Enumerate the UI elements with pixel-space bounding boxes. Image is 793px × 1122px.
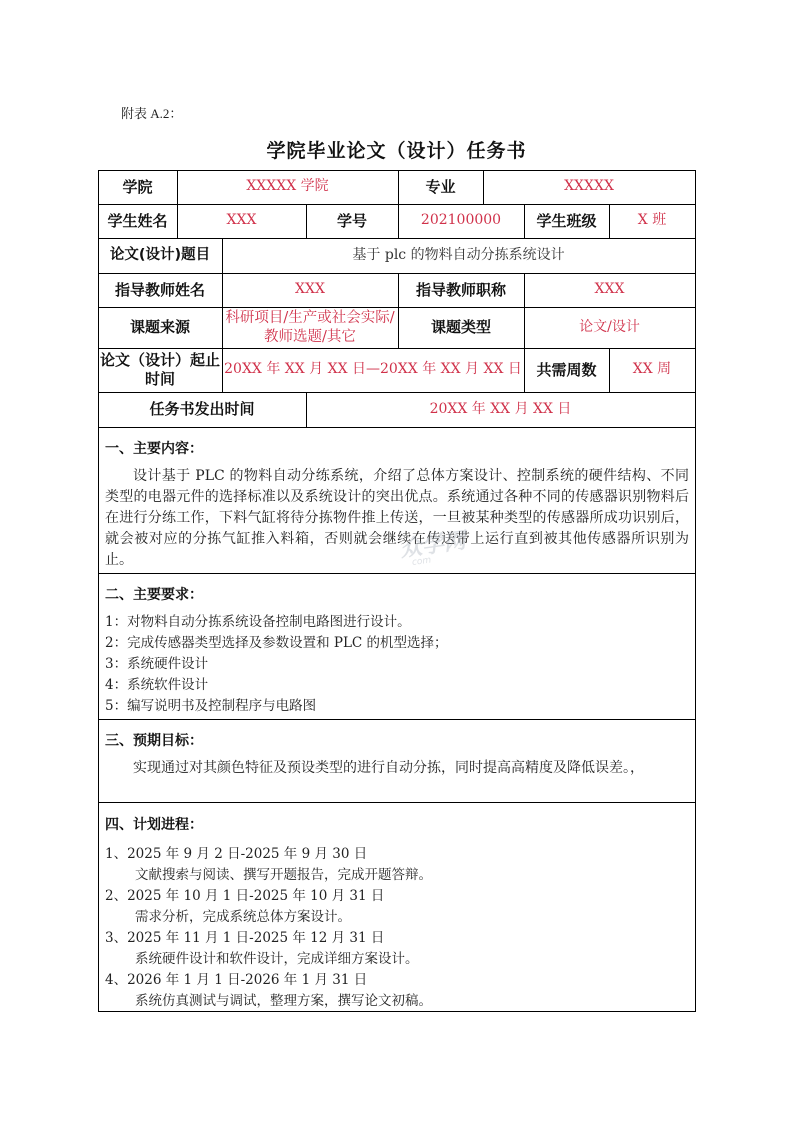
section-goals: 三、预期目标： 实现通过对其颜色特征及预设类型的进行自动分拣，同时提高高精度及降…	[99, 724, 695, 779]
list-item[interactable]: 1：对物料自动分拣系统设备控制电路图进行设计。	[105, 612, 689, 633]
schedule-period: 2、2025 年 10 月 1 日-2025 年 10 月 31 日	[105, 886, 689, 907]
source-label: 课题来源	[98, 307, 222, 348]
list-item[interactable]: 4：系统软件设计	[105, 675, 689, 696]
student-name-value[interactable]: XXX	[177, 204, 306, 238]
student-id-label: 学号	[306, 204, 398, 238]
list-item[interactable]: 2：完成传感器类型选择及参数设置和 PLC 的机型选择；	[105, 633, 689, 654]
list-item[interactable]: 5：编写说明书及控制程序与电路图	[105, 696, 689, 717]
advisor-name-label: 指导教师姓名	[98, 273, 222, 307]
topic-value[interactable]: 基于 plc 的物料自动分拣系统设计	[222, 238, 695, 273]
major-label: 专业	[398, 170, 483, 204]
class-label: 学生班级	[524, 204, 609, 238]
schedule-period: 1、2025 年 9 月 2 日-2025 年 9 月 30 日	[105, 844, 689, 865]
page-title: 学院毕业论文（设计）任务书	[0, 136, 793, 163]
section-heading: 四、计划进程：	[105, 808, 689, 840]
section-text[interactable]: 设计基于 PLC 的物料自动分练系统，介绍了总体方案设计、控制系统的硬件结构、不…	[105, 466, 689, 571]
college-value[interactable]: XXXXX 学院	[177, 170, 398, 204]
major-value[interactable]: XXXXX	[483, 170, 695, 204]
weeks-label: 共需周数	[524, 348, 609, 392]
advisor-name-value[interactable]: XXX	[222, 273, 398, 307]
weeks-value[interactable]: XX 周	[609, 348, 695, 392]
section-requirements: 二、主要要求： 1：对物料自动分拣系统设备控制电路图进行设计。 2：完成传感器类…	[99, 578, 695, 717]
student-name-label: 学生姓名	[98, 204, 177, 238]
period-value[interactable]: 20XX 年 XX 月 XX 日—20XX 年 XX 月 XX 日	[222, 348, 524, 392]
section-heading: 二、主要要求：	[105, 578, 689, 610]
class-value[interactable]: X 班	[609, 204, 695, 238]
type-label: 课题类型	[398, 307, 524, 348]
issue-value[interactable]: 20XX 年 XX 月 XX 日	[306, 392, 695, 427]
schedule-task[interactable]: 需求分析，完成系统总体方案设计。	[105, 907, 689, 928]
college-label: 学院	[98, 170, 177, 204]
appendix-label: 附表 A.2：	[121, 103, 182, 122]
type-value[interactable]: 论文/设计	[524, 307, 695, 348]
student-id-value[interactable]: 202100000	[398, 204, 524, 238]
list-item[interactable]: 3：系统硬件设计	[105, 654, 689, 675]
advisor-title-label: 指导教师职称	[398, 273, 524, 307]
schedule-task[interactable]: 系统硬件设计和软件设计，完成详细方案设计。	[105, 949, 689, 970]
advisor-title-value[interactable]: XXX	[524, 273, 695, 307]
period-label: 论文（设计）起止时间	[100, 348, 220, 392]
section-heading: 三、预期目标：	[105, 724, 689, 756]
issue-label: 任务书发出时间	[98, 392, 306, 427]
section-schedule: 四、计划进程： 1、2025 年 9 月 2 日-2025 年 9 月 30 日…	[99, 808, 695, 1012]
section-main-content: 一、主要内容： 设计基于 PLC 的物料自动分练系统，介绍了总体方案设计、控制系…	[99, 432, 695, 571]
section-heading: 一、主要内容：	[105, 432, 689, 464]
schedule-task[interactable]: 文献搜索与阅读、撰写开题报告，完成开题答辩。	[105, 865, 689, 886]
schedule-period: 4、2026 年 1 月 1 日-2026 年 1 月 31 日	[105, 970, 689, 991]
section-text[interactable]: 实现通过对其颜色特征及预设类型的进行自动分拣，同时提高高精度及降低误差。，	[105, 758, 689, 779]
schedule-period: 3、2025 年 11 月 1 日-2025 年 12 月 31 日	[105, 928, 689, 949]
topic-label: 论文(设计)题目	[98, 238, 222, 273]
schedule-task[interactable]: 系统仿真测试与调试，整理方案，撰写论文初稿。	[105, 991, 689, 1012]
source-value[interactable]: 科研项目/生产或社会实际/教师选题/其它	[224, 307, 396, 348]
